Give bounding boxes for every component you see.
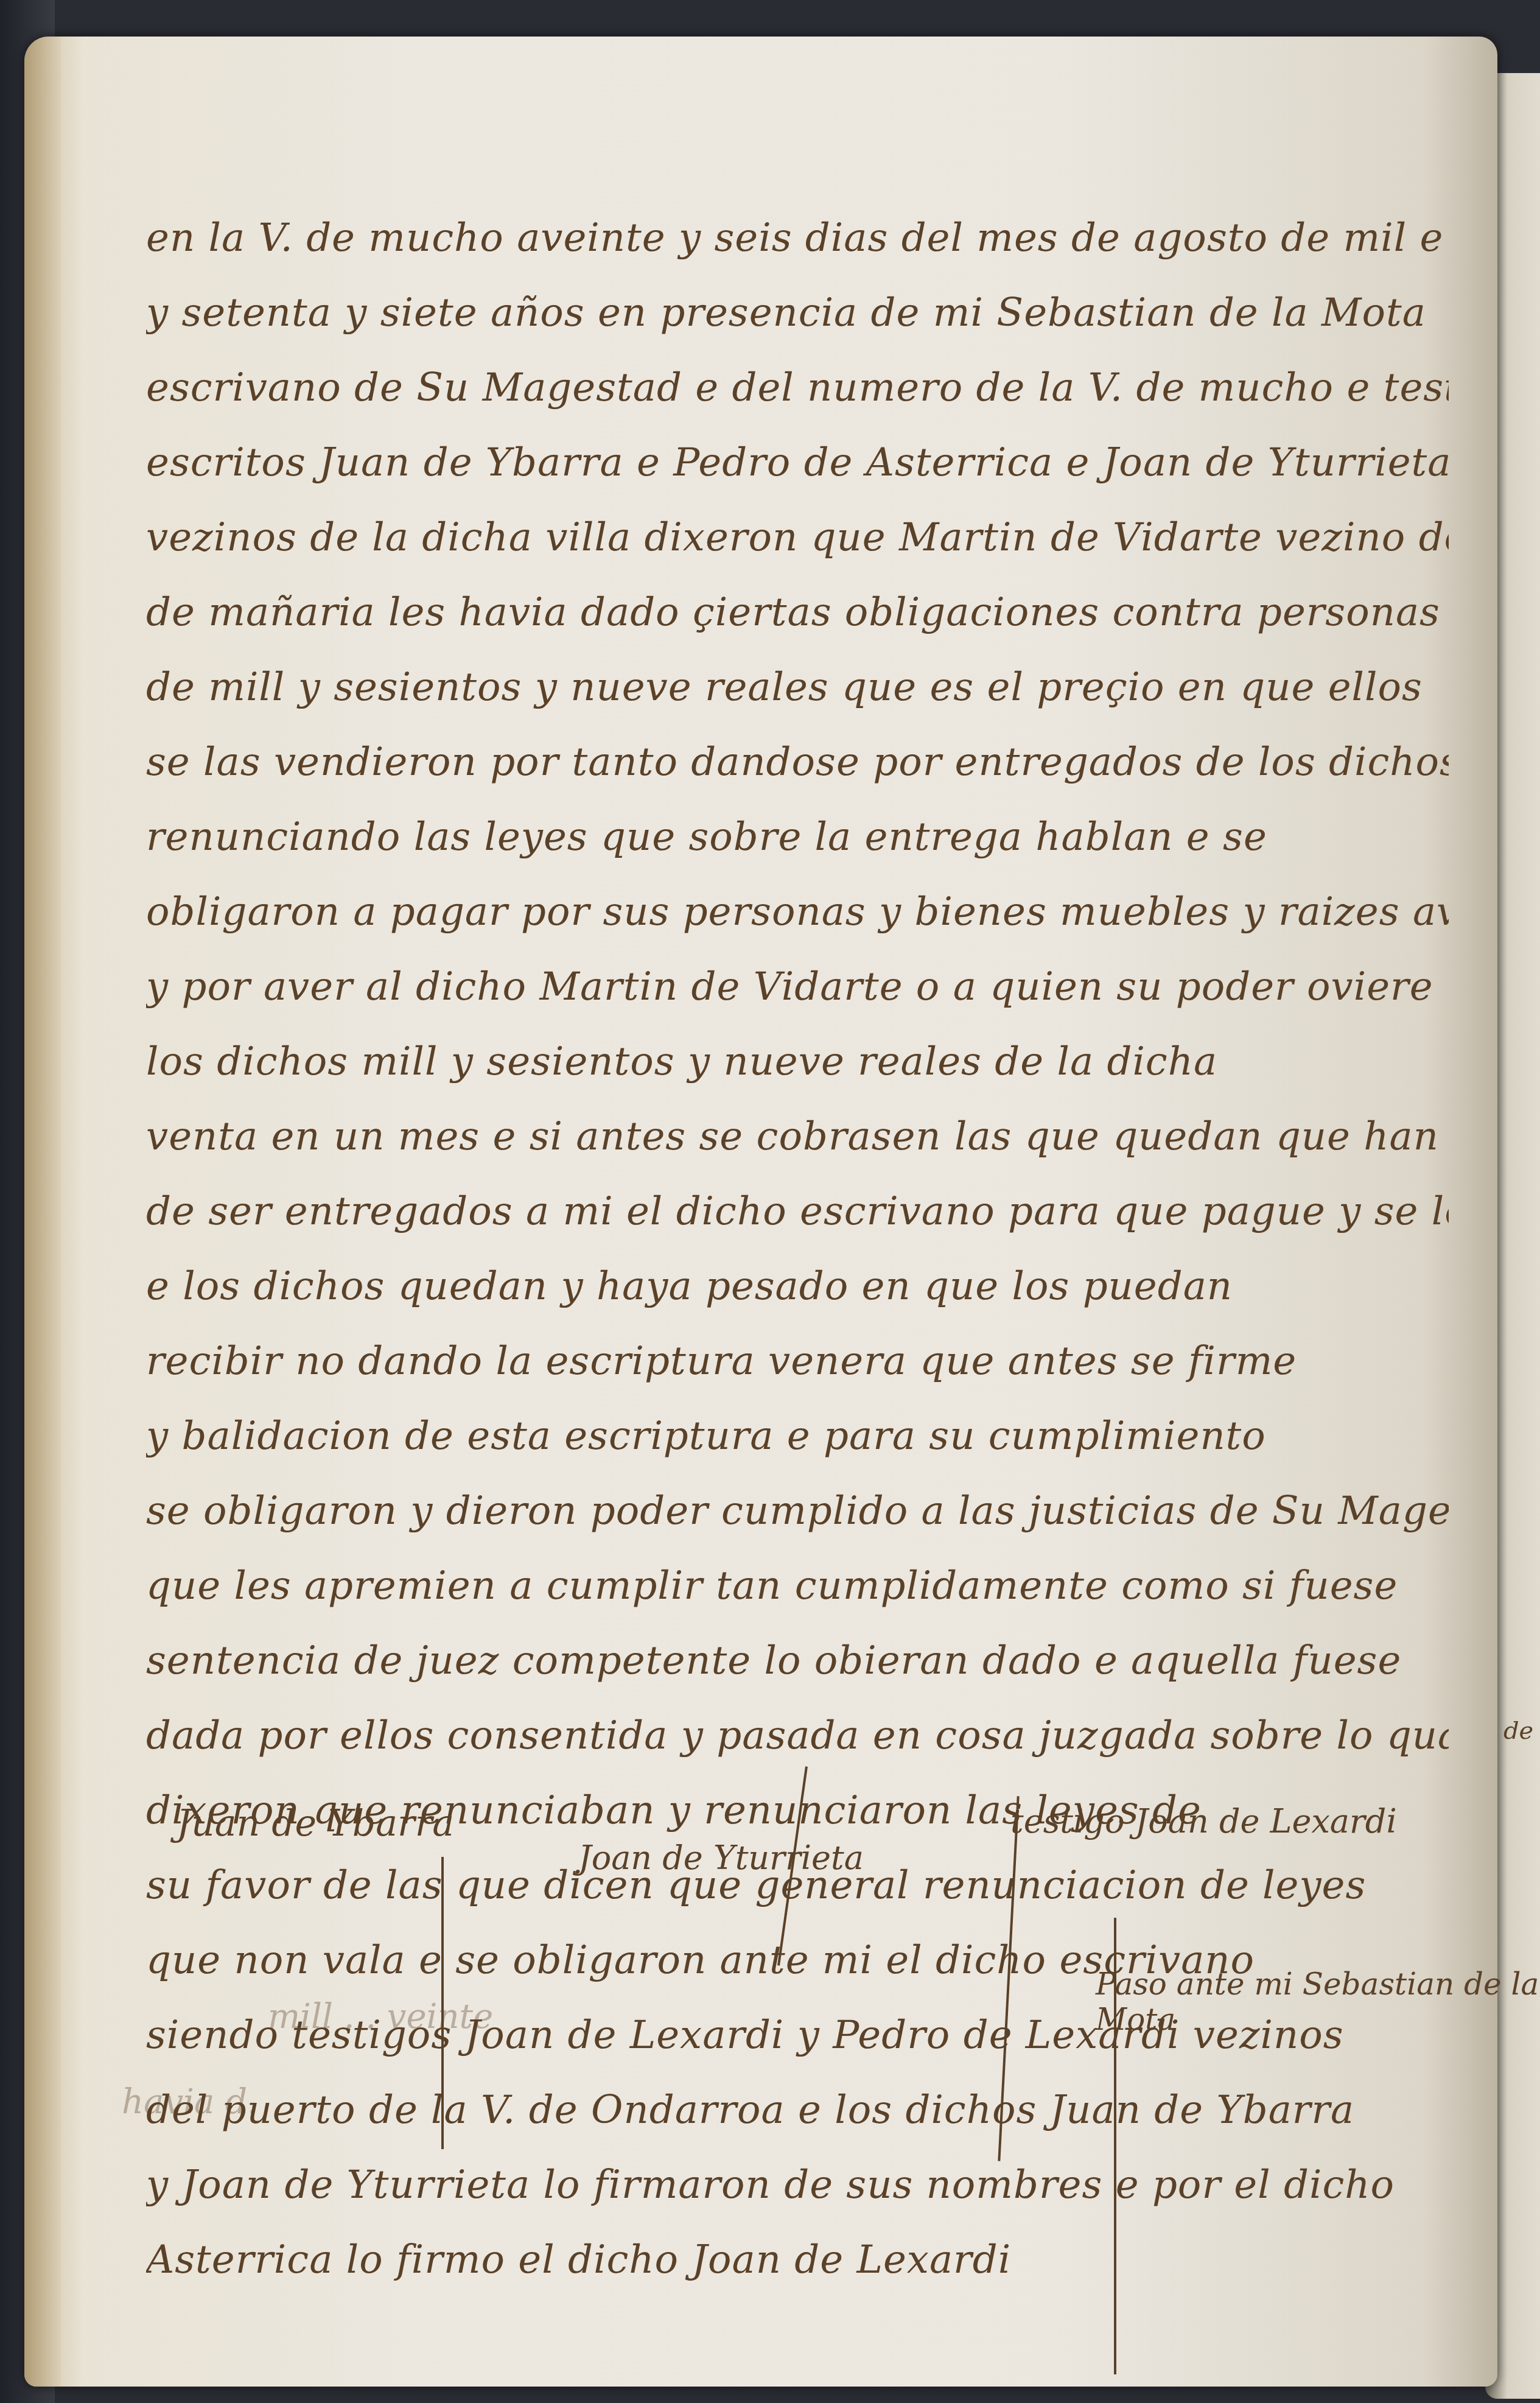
text-line: y balidacion de esta escriptura e para s… <box>146 1399 1449 1474</box>
text-line: se las vendieron por tanto dandose por e… <box>146 725 1449 800</box>
text-line: e los dichos quedan y haya pesado en que… <box>146 1249 1449 1324</box>
text-line: y Joan de Yturrieta lo firmaron de sus n… <box>146 2148 1449 2223</box>
signature-flourish <box>1114 1918 1116 2374</box>
bleed-through-text: havia d. <box>122 2082 258 2122</box>
text-line: recibir no dando la escriptura venera qu… <box>146 1324 1449 1399</box>
text-line: y por aver al dicho Martin de Vidarte o … <box>146 950 1449 1025</box>
text-line: que les apremien a cumplir tan cumplidam… <box>146 1549 1449 1624</box>
text-line: de mañaria les havia dado çiertas obliga… <box>146 575 1449 650</box>
text-line: de ser entregados a mi el dicho escrivan… <box>146 1174 1449 1249</box>
text-line: Asterrica lo firmo el dicho Joan de Lexa… <box>146 2223 1449 2298</box>
facing-page-text: de <box>1503 1717 1533 1745</box>
text-line: en la V. de mucho aveinte y seis dias de… <box>146 201 1449 276</box>
text-line: de mill y sesientos y nueve reales que e… <box>146 650 1449 725</box>
text-line: sentencia de juez competente lo obieran … <box>146 1624 1449 1699</box>
text-line: obligaron a pagar por sus personas y bie… <box>146 875 1449 950</box>
page-binding-edge <box>24 37 61 2387</box>
signature-center: Joan de Yturrieta <box>578 1839 864 1877</box>
bleed-through-text: mill ... veinte <box>268 1997 493 2036</box>
signature-left: Juan de Ybarra <box>177 1802 454 1845</box>
text-line: y setenta y siete años en presencia de m… <box>146 276 1449 351</box>
signature-witness: testigo Joan de Lexardi <box>1010 1802 1397 1840</box>
text-line: escritos Juan de Ybarra e Pedro de Aster… <box>146 426 1449 500</box>
text-line: vezinos de la dicha villa dixeron que Ma… <box>146 500 1449 575</box>
text-line: del puerto de la V. de Ondarroa e los di… <box>146 2073 1449 2148</box>
text-line: escrivano de Su Magestad e del numero de… <box>146 351 1449 426</box>
text-line: se obligaron y dieron poder cumplido a l… <box>146 1474 1449 1549</box>
text-line: dada por ellos consentida y pasada en co… <box>146 1699 1449 1773</box>
text-line: venta en un mes e si antes se cobrasen l… <box>146 1100 1449 1174</box>
text-line: los dichos mill y sesientos y nueve real… <box>146 1025 1449 1100</box>
text-line: renunciando las leyes que sobre la entre… <box>146 800 1449 875</box>
signature-notary: Paso ante mi Sebastian de la Mota <box>1096 1966 1540 2037</box>
